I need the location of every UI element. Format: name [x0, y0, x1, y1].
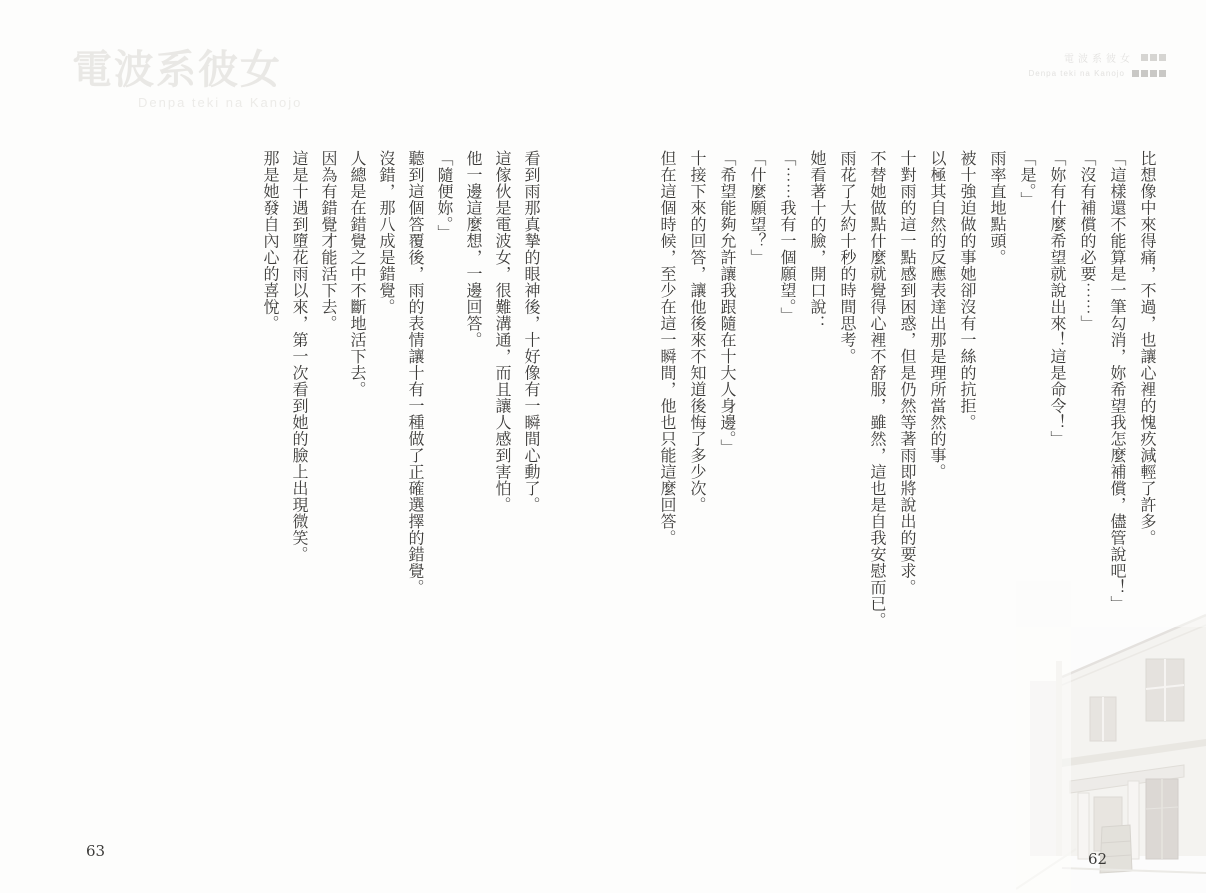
paragraph: 雨率直地點頭。 — [982, 150, 1012, 865]
page-number-left: 63 — [86, 842, 105, 860]
running-header: 電波系彼女 Denpa teki na Kanojo — [1029, 50, 1167, 82]
paragraph: 「這樣還不能算是一筆勾消，妳希望我怎麼補償，儘管說吧！」 — [1102, 150, 1132, 865]
paragraph: 「隨便妳。」 — [430, 150, 459, 865]
book-spread: 電波系彼女 Denpa teki na Kanojo 電波系彼女 Denpa t… — [0, 0, 1206, 893]
paragraph: 那是她發自內心的喜悅。 — [256, 150, 285, 865]
page-62-text-block: 比想像中來得痛，不過，也讓心裡的愧疚減輕了許多。 「這樣還不能算是一筆勾消，妳希… — [652, 150, 1162, 865]
paragraph: 「是。」 — [1012, 150, 1042, 865]
paragraph: 十接下來的回答，讓他後來不知道後悔了多少次。 — [682, 150, 712, 865]
paragraph: 「什麼願望？」 — [742, 150, 772, 865]
paragraph: 「⋯⋯我有一個願望。」 — [772, 150, 802, 865]
running-header-title-row: 電波系彼女 — [1029, 50, 1167, 65]
paragraph: 被十強迫做的事她卻沒有一絲的抗拒。 — [952, 150, 982, 865]
paragraph: 看到雨那真摯的眼神後，十好像有一瞬間心動了。 — [517, 150, 546, 865]
page-number-right: 62 — [1088, 850, 1107, 868]
paragraph: 十對雨的這一點感到困惑，但是仍然等著雨即將說出的要求。 — [892, 150, 922, 865]
paragraph: 這是十遇到墮花雨以來，第一次看到她的臉上出現微笑。 — [285, 150, 314, 865]
series-logo: 電波系彼女 Denpa teki na Kanojo — [72, 38, 302, 110]
paragraph: 但在這個時候，至少在這一瞬間，他也只能這麼回答。 — [652, 150, 682, 865]
paragraph: 這傢伙是電波女，很難溝通，而且讓人感到害怕。 — [488, 150, 517, 865]
series-logo-subtitle: Denpa teki na Kanojo — [138, 95, 302, 110]
running-header-subtitle-row: Denpa teki na Kanojo — [1029, 69, 1167, 78]
volume-marks-icon — [1132, 70, 1166, 77]
paragraph: 不替她做點什麼就覺得心裡不舒服，雖然，這也是自我安慰而已。 — [862, 150, 892, 865]
paragraph: 沒錯，那八成是錯覺。 — [372, 150, 401, 865]
page-63-text-block: 看到雨那真摯的眼神後，十好像有一瞬間心動了。 這傢伙是電波女，很難溝通，而且讓人… — [256, 150, 546, 865]
paragraph: 她看著十的臉，開口說： — [802, 150, 832, 865]
running-header-subtitle: Denpa teki na Kanojo — [1029, 69, 1126, 78]
series-logo-title: 電波系彼女 — [72, 38, 302, 95]
paragraph: 人總是在錯覺之中不斷地活下去。 — [343, 150, 372, 865]
paragraph: 「希望能夠允許讓我跟隨在十大人身邊。」 — [712, 150, 742, 865]
paragraph: 以極其自然的反應表達出那是理所當然的事。 — [922, 150, 952, 865]
paragraph: 雨花了大約十秒的時間思考。 — [832, 150, 862, 865]
paragraph: 因為有錯覺才能活下去。 — [314, 150, 343, 865]
paragraph: 「妳有什麼希望就說出來！這是命令！」 — [1042, 150, 1072, 865]
paragraph: 他一邊這麼想，一邊回答。 — [459, 150, 488, 865]
running-header-title: 電波系彼女 — [1064, 50, 1134, 65]
paragraph: 「沒有補償的必要⋯⋯」 — [1072, 150, 1102, 865]
paragraph: 聽到這個答覆後，雨的表情讓十有一種做了正確選擇的錯覺。 — [401, 150, 430, 865]
paragraph: 比想像中來得痛，不過，也讓心裡的愧疚減輕了許多。 — [1132, 150, 1162, 865]
volume-marks-icon — [1141, 54, 1166, 61]
